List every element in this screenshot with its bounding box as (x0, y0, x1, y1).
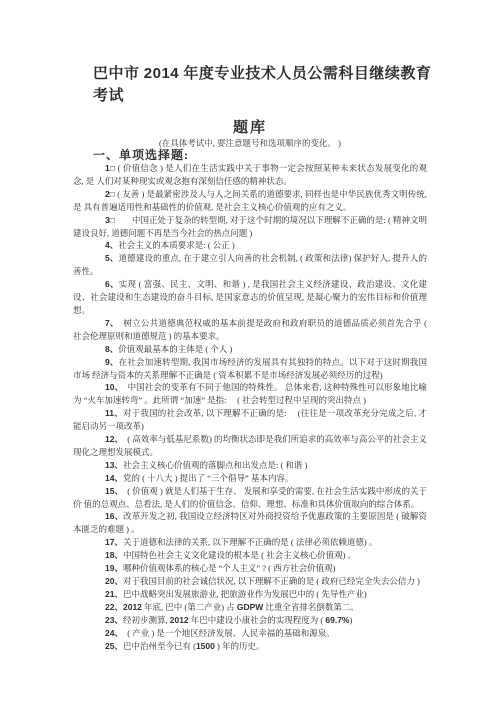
question-item: 7、 树立公共道德典范权威的基本前提是政府和政府职员的道德品质必须首先合乎 ( … (73, 317, 427, 343)
question-text: 道德建设的重点, 在于建立引人向善的社会机制, ( 政策和法律) 保护好人, 提… (73, 253, 427, 276)
question-item: 18、中国特色社会主义文化建设的根本是 ( 社会主义核心价值观) 。 (73, 549, 427, 562)
question-number: 16、 (105, 511, 123, 521)
question-item: 12、 ( 高效率与低基尼系数) 的均衡状态即是我们所追求的高效率与高公平的社会… (73, 433, 427, 459)
question-text: 2012 年底, 巴中 (第二产业) 占 GDPW 比重全省排名倒数第二。 (123, 602, 359, 612)
question-text: 经初步测算, 2012 年巴中建设小康社会的实现程度为 ( 69.7%) (123, 615, 352, 625)
question-number: 23、 (105, 615, 123, 625)
question-number: 2□ (105, 189, 115, 199)
question-text: 对于我国目前的社会诚信状况, 以下理解不正确的是 ( 政府已经完全失去公信力 ) (123, 576, 420, 586)
question-item: 6、实现 ( 富强、民主、文明、和谐 ) , 是我国社会主义经济建设、政治建设、… (73, 278, 427, 317)
question-item: 22、2012 年底, 巴中 (第二产业) 占 GDPW 比重全省排名倒数第二。 (73, 601, 427, 614)
question-number: 5、 (105, 253, 119, 263)
question-text: 党的 ( 十八大 ) 提出了 “三个倡导” 基本内容。 (123, 473, 293, 483)
question-text: 巴中治州至今已有 (1500 ) 年的历史。 (123, 641, 264, 651)
question-item: 15、 ( 价值观 ) 就是人们基于生存、 发展和享受的需要, 在社会生活实践中… (73, 485, 427, 511)
question-number: 7、 (105, 318, 115, 328)
question-number: 3□ (105, 215, 115, 225)
question-item: 20、对于我国目前的社会诚信状况, 以下理解不正确的是 ( 政府已经完全失去公信… (73, 575, 427, 588)
question-number: 4、 (105, 240, 118, 250)
question-item: 3□ 中国正处于复杂的转型期, 对于这个时期的境况以下理解不正确的是: ( 精神… (73, 214, 427, 240)
question-number: 10、 (105, 382, 119, 392)
question-text: 树立公共道德典范权威的基本前提是政府和政府职员的道德品质必须首先合乎 ( 社会伦… (73, 318, 427, 341)
question-text: 改革开发之初, 我国设立经济特区对外商投资给予优惠政策的主要原因是 ( 破解资本… (73, 511, 427, 534)
question-text: 价值观最基本的主体是 ( 个人 ) (118, 344, 232, 354)
question-text: 哪种价值观体系的核心是 “个人主义” ? ( 西方社会价值观) (123, 563, 335, 573)
question-item: 17、关于道德和法律的关系, 以下理解不正确的是 ( 法律必须依赖道德) 。 (73, 536, 427, 549)
question-item: 4、社会主义的本质要求是: ( 公正 ) (73, 239, 427, 252)
question-number: 18、 (105, 550, 123, 560)
question-text: ( 产业 ) 是一个地区经济发展、人民幸福的基础和源泉。 (119, 628, 335, 638)
question-text: 中国正处于复杂的转型期, 对于这个时期的境况以下理解不正确的是: ( 精神文明建… (73, 215, 427, 238)
question-number: 13、 (105, 460, 123, 470)
question-number: 21、 (105, 589, 123, 599)
question-text: 中国特色社会主义文化建设的根本是 ( 社会主义核心价值观) 。 (123, 550, 356, 560)
question-item: 10、 中国社会的变革有不同于他国的特殊性。 总体来看, 这种特殊性可以形象地比… (73, 381, 427, 407)
question-number: 22、 (105, 602, 123, 612)
question-number: 24、 (105, 628, 119, 638)
question-list: 1□ ( 价值信念 ) 是人们在生活实践中关于事物一定会按照某种未来状态发展变化… (73, 162, 427, 652)
question-item: 21、巴中战略突出发展旅游业, 把旅游业作为发展巴中的 ( 先导性产业) (73, 588, 427, 601)
question-text: 巴中战略突出发展旅游业, 把旅游业作为发展巴中的 ( 先导性产业) (123, 589, 367, 599)
section-heading: 一、单项选择题: (93, 146, 189, 163)
document-page: 巴中市 2014 年度专业技术人员公需科目继续教育考试 题库 (在具体考试中, … (0, 0, 500, 708)
question-number: 25、 (105, 641, 123, 651)
question-number: 8、 (105, 344, 118, 354)
question-text: 对于我国的社会改革, 以下理解不正确的是: (往往是一项改革充分完成之后, 才能… (73, 408, 427, 431)
question-number: 15、 (105, 486, 119, 496)
question-number: 11、 (105, 408, 123, 418)
question-item: 8、价值观最基本的主体是 ( 个人 ) (73, 343, 427, 356)
question-text: 在社会加速转型期, 我国市场经济的发展具有其独特的特点。以下对于这时期我国市场 … (73, 357, 427, 380)
question-text: ( 价值信念 ) 是人们在生活实践中关于事物一定会按照某种未来状态发展变化的观念… (73, 163, 427, 186)
question-number: 20、 (105, 576, 123, 586)
question-item: 25、巴中治州至今已有 (1500 ) 年的历史。 (73, 640, 427, 653)
question-item: 11、对于我国的社会改革, 以下理解不正确的是: (往往是一项改革充分完成之后,… (73, 407, 427, 433)
question-text: 中国社会的变革有不同于他国的特殊性。 总体来看, 这种特殊性可以形象地比喻为 “… (73, 382, 427, 405)
question-text: ( 价值观 ) 就是人们基于生存、 发展和享受的需要, 在社会生活实践中形成的关… (73, 486, 427, 509)
question-item: 16、改革开发之初, 我国设立经济特区对外商投资给予优惠政策的主要原因是 ( 破… (73, 510, 427, 536)
question-item: 9、在社会加速转型期, 我国市场经济的发展具有其独特的特点。以下对于这时期我国市… (73, 356, 427, 382)
question-item: 24、 ( 产业 ) 是一个地区经济发展、人民幸福的基础和源泉。 (73, 627, 427, 640)
question-text: 实现 ( 富强、民主、文明、和谐 ) , 是我国社会主义经济建设、政治建设、文化… (73, 279, 427, 315)
question-text: 关于道德和法律的关系, 以下理解不正确的是 ( 法律必须依赖道德) 。 (123, 537, 377, 547)
question-item: 19、哪种价值观体系的核心是 “个人主义” ? ( 西方社会价值观) (73, 562, 427, 575)
question-text: 社会主义核心价值观的落脚点和出发点是: ( 和谐 ) (123, 460, 307, 470)
question-item: 13、社会主义核心价值观的落脚点和出发点是: ( 和谐 ) (73, 459, 427, 472)
question-number: 14、 (105, 473, 123, 483)
question-number: 6、 (105, 279, 119, 289)
question-number: 1□ (105, 163, 115, 173)
question-number: 17、 (105, 537, 123, 547)
question-text: ( 友善 ) 是最紧密涉及人与人之间关系的道德要求, 同样也是中华民族优秀文明传… (73, 189, 427, 212)
question-item: 5、道德建设的重点, 在于建立引人向善的社会机制, ( 政策和法律) 保护好人,… (73, 252, 427, 278)
question-item: 14、党的 ( 十八大 ) 提出了 “三个倡导” 基本内容。 (73, 472, 427, 485)
question-item: 23、经初步测算, 2012 年巴中建设小康社会的实现程度为 ( 69.7%) (73, 614, 427, 627)
question-number: 19、 (105, 563, 123, 573)
document-title: 巴中市 2014 年度专业技术人员公需科目继续教育考试 (93, 63, 433, 107)
question-number: 12、 (105, 434, 119, 444)
question-text: 社会主义的本质要求是: ( 公正 ) (118, 240, 234, 250)
question-item: 2□ ( 友善 ) 是最紧密涉及人与人之间关系的道德要求, 同样也是中华民族优秀… (73, 188, 427, 214)
question-item: 1□ ( 价值信念 ) 是人们在生活实践中关于事物一定会按照某种未来状态发展变化… (73, 162, 427, 188)
document-subtitle: 题库 (73, 116, 427, 137)
question-text: ( 高效率与低基尼系数) 的均衡状态即是我们所追求的高效率与高公平的社会主义现化… (73, 434, 427, 457)
question-number: 9、 (105, 357, 119, 367)
